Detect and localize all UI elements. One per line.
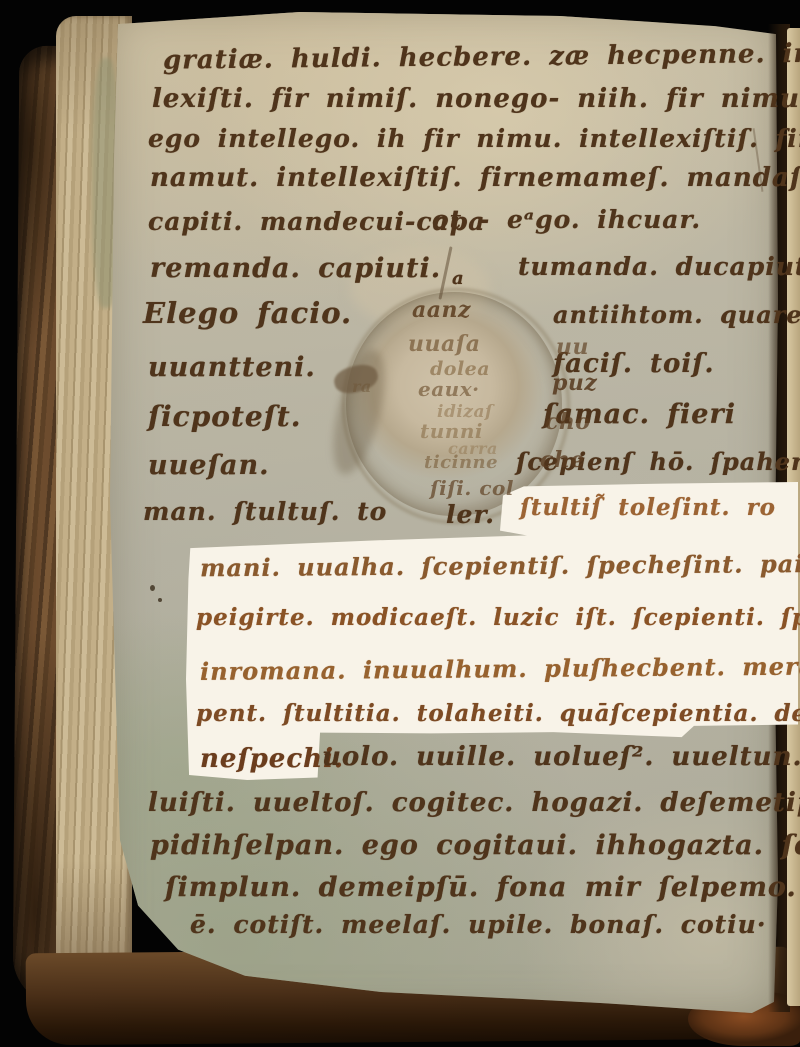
manuscript-line-15: pent. ſtultitia. tolaheiti. quāſcepienti…: [196, 700, 800, 727]
manuscript-line-7b: antiihtom. quareñ: [553, 300, 800, 329]
manuscript-line-16b: uolo. uuille. uolueſ². uueltun. uo: [322, 742, 800, 772]
stain-text: che: [540, 447, 585, 473]
manuscript-line-11b: ler.: [446, 500, 495, 529]
manuscript-line-6a: remanda. capiuti.: [150, 253, 441, 284]
manuscript-line-17: luiſti. uueltoſ. cogitec. hogazi. deſeme…: [148, 788, 800, 818]
stain-text: ſiſi. col: [430, 476, 514, 500]
ink-speck: [158, 598, 162, 602]
manuscript-line-11a: man. ſtultuſ. to: [143, 497, 387, 526]
manuscript-line-18: pidihſelpan. ego cogitaui. ihhogazta. ſe…: [150, 830, 800, 861]
manuscript-line-2: lexiſti. fir nimiſ. nonego- niih. fir ni…: [152, 84, 800, 114]
manuscript-line-7a: Elego facio.: [143, 296, 352, 330]
manuscript-line-6c: tumanda. ducapiut·: [518, 252, 800, 281]
ink-speck: [150, 585, 155, 591]
manuscript-line-5b: ot - eᵃgo. ihcuar.: [432, 205, 701, 234]
manuscript-line-8a: uuantteni.: [148, 352, 316, 383]
stain-text: puz: [552, 370, 597, 396]
manuscript-line-19: ſimplun. demeipſū. fona mir ſelpemo. bon…: [165, 872, 800, 903]
stain-text: aanz: [412, 297, 471, 323]
manuscript-photo: gratiæ. huldi. hecbere. zæ hecpenne. int…: [0, 0, 800, 1047]
stain-text: ra: [352, 377, 372, 396]
manuscript-line-3: ego intellego. ih fir nimu. intellexiſti…: [148, 124, 800, 153]
manuscript-line-4: namut. intellexiſtiſ. firnemameſ. mandaſ…: [150, 163, 800, 193]
stain-text: uu: [556, 334, 589, 360]
manuscript-line-6b: a: [452, 268, 465, 289]
stain-text: cho: [545, 409, 591, 435]
manuscript-line-11c: ſtultiſ̃ toleſint. ro: [520, 494, 776, 521]
manuscript-line-9a: ſicpoteſt.: [148, 400, 301, 433]
manuscript-line-10a: uueſan.: [148, 450, 270, 481]
manuscript-line-20: ē. cotiſt. meelaſ. upile. bonaſ. cotiu·: [190, 910, 767, 939]
manuscript-line-14: inromana. inuualhum. pluſhecbent. meraha: [200, 651, 800, 686]
manuscript-line-12: mani. uualha. ſcepientiſ. ſpecheſint. pa…: [200, 549, 800, 583]
stain-text: eaux·: [418, 377, 480, 401]
stain-text: uuaſa: [408, 331, 480, 357]
stain-text: ticinne: [424, 452, 498, 473]
manuscript-line-13: peigirte. modicaeſt. luzic iſt. ſcepient…: [196, 604, 800, 631]
